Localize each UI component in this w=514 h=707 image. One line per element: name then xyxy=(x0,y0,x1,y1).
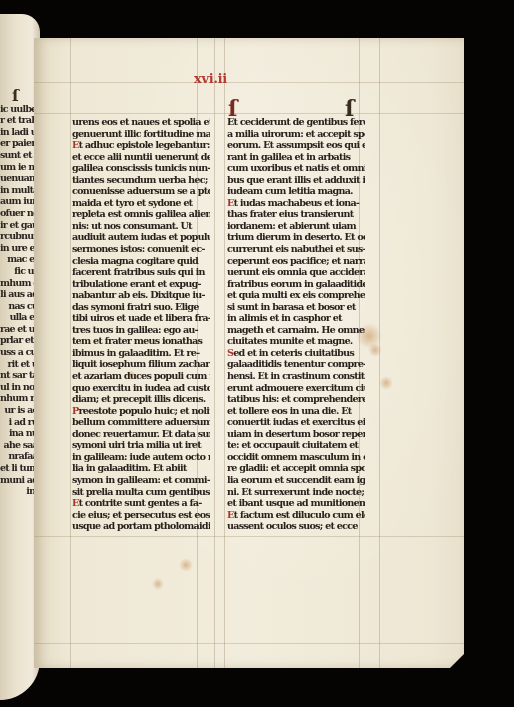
text-line: nabantur ab eis. Dixitque iu- xyxy=(72,290,210,302)
facing-text-line: nt sar tap xyxy=(0,370,38,382)
text-line: conuertit iudas et exercitus eius xyxy=(227,417,365,429)
text-line: in alimis et in casphor et xyxy=(227,313,365,325)
text-line: sermones istos: conuenit ec- xyxy=(72,244,210,256)
text-line: thas frater eius transierunt xyxy=(227,209,365,221)
ruling-line xyxy=(34,113,464,114)
text-line: urens eos et naues et spolia et xyxy=(72,117,210,129)
text-line: eorum. Et assumpsit eos qui e- xyxy=(227,140,365,152)
text-line: tiantes secundum uerba hec; dicentes xyxy=(72,175,210,187)
running-header: xvi.ii xyxy=(194,72,227,87)
text-line: Et adhuc epistole legebantur: xyxy=(72,140,210,152)
text-line: et azariam duces populi cum reli- xyxy=(72,371,210,383)
text-line: si sunt in barasa et bosor et xyxy=(227,302,365,314)
facing-text-line: mac et xyxy=(0,254,38,266)
ruling-line xyxy=(34,643,464,644)
text-line: ibimus in galaaditim. Et re- xyxy=(72,348,210,360)
facing-text-line: ina nu xyxy=(0,428,38,440)
text-line: cie eius; et persecutus est eos xyxy=(72,510,210,522)
text-line: tres tuos in galilea: ego au- xyxy=(72,325,210,337)
facing-text-line: ini xyxy=(0,486,38,498)
facing-text-line: nrafaa xyxy=(0,451,38,463)
facing-text-line: i ad ru xyxy=(0,417,38,429)
facing-text-line: r et trahere xyxy=(0,115,38,127)
text-line: symoni uiri tria milia ut iret xyxy=(72,440,210,452)
facing-text-line: ur is ao xyxy=(0,405,38,417)
text-line: audiuit autem iudas et populus xyxy=(72,232,210,244)
foxing-stain xyxy=(379,376,393,390)
text-line: uerunt eis omnia que acciderant xyxy=(227,267,365,279)
text-line: das symoni fratri suo. Elige xyxy=(72,302,210,314)
ruling-line xyxy=(34,82,464,83)
text-line: in galileam: iude autem octo mi- xyxy=(72,452,210,464)
text-line: et ibant usque ad munitionem. xyxy=(227,498,365,510)
text-line: et quia multi ex eis comprehen- xyxy=(227,290,365,302)
text-line: uiam in desertum bosor repen- xyxy=(227,429,365,441)
text-line: iudeam cum letitia magna. xyxy=(227,186,365,198)
facing-text-line: fic ur xyxy=(0,266,38,278)
facing-text-line: rcubnum xyxy=(0,231,38,243)
facing-text-line: uenuam ao xyxy=(0,173,38,185)
facing-text-line: ir et gaud xyxy=(0,220,38,232)
facing-text-line: rit et u xyxy=(0,359,38,371)
facing-text-line: nas cu xyxy=(0,301,38,313)
text-line: hensi. Et in crastinum constitu- xyxy=(227,371,365,383)
text-line: et tollere eos in una die. Et xyxy=(227,406,365,418)
text-line: galaaditidis tenentur compre- xyxy=(227,359,365,371)
text-line: uassent oculos suos; et ecce xyxy=(227,521,365,533)
facing-text-line: rae et uin xyxy=(0,324,38,336)
ruling-line xyxy=(214,38,215,668)
text-line: tribulatione erant et expug- xyxy=(72,279,210,291)
text-line: genuerunt illic fortitudine magna. xyxy=(72,129,210,141)
ruling-line xyxy=(70,38,71,668)
text-line: repleta est omnis galilea alienige- xyxy=(72,209,210,221)
text-line: rant in galilea et in arbatis xyxy=(227,152,365,164)
text-line: trium dierum in deserto. Et oc- xyxy=(227,232,365,244)
foxing-stain xyxy=(179,558,193,572)
text-line: tibi uiros et uade et libera fra- xyxy=(72,313,210,325)
text-line: Et contrite sunt gentes a fa- xyxy=(72,498,210,510)
facing-text-line: ulla et xyxy=(0,312,38,324)
text-line: nis: ut nos consumant. Ut xyxy=(72,221,210,233)
facing-text-line: ul in nos ad xyxy=(0,382,38,394)
text-line: quo exercitu in iudea ad custo- xyxy=(72,383,210,395)
text-line: erunt admouere exercitum ciui- xyxy=(227,383,365,395)
text-line: et ecce alii nuntii uenerunt de xyxy=(72,152,210,164)
text-line: bellum committere aduersum gentes xyxy=(72,417,210,429)
facing-text-line: prlar et ill xyxy=(0,335,38,347)
facing-text-line: ic uulbe aa xyxy=(0,104,38,116)
text-line: facerent fratribus suis qui in xyxy=(72,267,210,279)
text-column-right: Et ceciderunt de gentibus fere tri-a mil… xyxy=(227,117,365,537)
facing-text-line: muni ad xyxy=(0,475,38,487)
facing-page-text: tic uulbe aar et traherein ladi uiaer pa… xyxy=(0,92,38,542)
text-line: lia in galaaditim. Et abiit xyxy=(72,463,210,475)
text-line: currerunt eis nabuthei et sus- xyxy=(227,244,365,256)
text-line: clesia magna cogitare quid xyxy=(72,256,210,268)
facing-text-line: ahe saa xyxy=(0,440,38,452)
text-line: Sed et in ceteris ciuitatibus xyxy=(227,348,365,360)
facing-text-line: nhum ro xyxy=(0,393,38,405)
text-line: ceperunt eos pacifice; et narra- xyxy=(227,256,365,268)
foxing-stain xyxy=(368,343,382,357)
facing-text-line: er paiem q xyxy=(0,138,38,150)
facing-text-line: t xyxy=(0,92,38,104)
ascender-flourish: ſ xyxy=(12,88,19,104)
text-line: ni. Et surrexerunt inde nocte; xyxy=(227,487,365,499)
text-line: usque ad portam ptholomaidis. xyxy=(72,521,210,533)
text-line: Et factum est diluculo cum ele- xyxy=(227,510,365,522)
facing-text-line: et li tum xyxy=(0,463,38,475)
text-line: tatibus his: et comprehendere xyxy=(227,394,365,406)
facing-text-line: in ladi uia xyxy=(0,127,38,139)
text-line: sit prelia multa cum gentibus. xyxy=(72,487,210,499)
text-line: te: et occupauit ciuitatem et xyxy=(227,440,365,452)
text-line: conuenisse aduersum se a ptolo- xyxy=(72,186,210,198)
text-line: ciuitates munite et magne. xyxy=(227,336,365,348)
text-line: lia eorum et succendit eam ig- xyxy=(227,475,365,487)
text-line: occidit omnem masculum in o- xyxy=(227,452,365,464)
facing-text-line: in ure es- xyxy=(0,243,38,255)
text-line: galilea conscissis tunicis nun- xyxy=(72,163,210,175)
text-line: iordanem: et abierunt uiam xyxy=(227,221,365,233)
text-line: a milia uirorum: et accepit spolia xyxy=(227,129,365,141)
text-line: symon in galileam: et commi- xyxy=(72,475,210,487)
text-column-left: urens eos et naues et spolia etgenuerunt… xyxy=(72,117,210,537)
facing-text-line: uss a cuo xyxy=(0,347,38,359)
text-line: Et ceciderunt de gentibus fere tri- xyxy=(227,117,365,129)
text-line: tem et frater meus ionathas xyxy=(72,336,210,348)
text-line: cum uxoribus et natis et omni- xyxy=(227,163,365,175)
facing-text-line: in multa xyxy=(0,185,38,197)
facing-text-line: aum iunm xyxy=(0,196,38,208)
facing-text-line: sunt et dia xyxy=(0,150,38,162)
text-line: Et iudas machabeus et iona- xyxy=(227,198,365,210)
text-line: re gladii: et accepit omnia spo- xyxy=(227,463,365,475)
text-line: donec reuertamur. Et data sunt xyxy=(72,429,210,441)
text-line: Preestote populo huic; et nolite xyxy=(72,406,210,418)
facing-text-line: mhum ea xyxy=(0,278,38,290)
text-line: mageth et carnaim. He omnes xyxy=(227,325,365,337)
facing-text-line: ofuer ne a xyxy=(0,208,38,220)
text-line: maida et tyro et sydone et xyxy=(72,198,210,210)
text-line: liquit iosephum filium zacharie xyxy=(72,359,210,371)
facing-text-line: um ie mu xyxy=(0,162,38,174)
text-line: fratribus eorum in galaaditide: xyxy=(227,279,365,291)
text-line: diam; et precepit illis dicens. xyxy=(72,394,210,406)
ruling-line xyxy=(224,38,225,668)
foxing-stain xyxy=(152,578,164,590)
facing-text-line: li aus ad xyxy=(0,289,38,301)
text-line: bus que erant illis et adduxit in xyxy=(227,175,365,187)
